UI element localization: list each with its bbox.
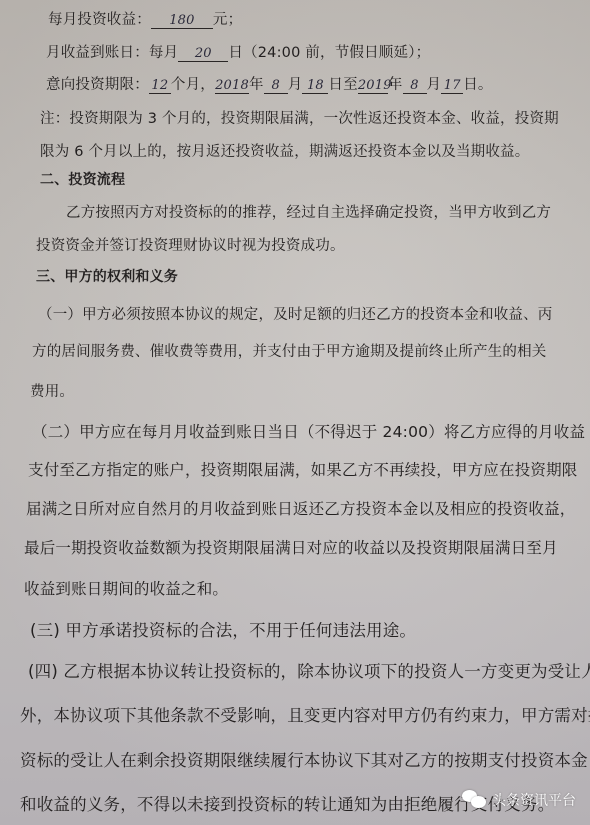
section-2-heading: 二、投资流程 — [40, 169, 125, 189]
clause-3-line-1: (三) 甲方承诺投资标的合法，不用于任何违法用途。 — [30, 617, 416, 641]
clause-2-line-1: （二）甲方应在每月月收益到账日当日（不得迟于 24:00）将乙方应得的月收益 — [32, 420, 585, 442]
clause-1-line-1: （一）甲方必须按照本协议的规定，及时足额的归还乙方的投资本金和收益、丙 — [38, 303, 553, 324]
clause-4-line-2: 外，本协议项下其他条款不受影响，且变更内容对甲方仍有约束力，甲方需对投 — [20, 702, 590, 726]
clause-2-line-5: 收益到账日期间的收益之和。 — [24, 577, 228, 599]
section-2-line-1: 乙方按照丙方对投资标的的推荐，经过自主选择确定投资，当甲方收到乙方 — [66, 201, 551, 222]
month-char: 月 — [427, 77, 442, 93]
watermark: 头条资讯平台 — [462, 790, 576, 810]
start-day-value: 18 — [302, 79, 328, 94]
year-char: 年 — [249, 77, 264, 93]
end-day-char: 日。 — [463, 77, 492, 93]
month-char: 月 — [288, 77, 303, 93]
clause-4-line-1: (四) 乙方根据本协议转让投资标的，除本协议项下的投资人一方变更为受让人 — [28, 658, 590, 682]
investment-term-field: 意向投资期限：12个月，2018年8月18日至2019年8月17日。 — [46, 73, 493, 94]
clause-2-line-3: 届满之日所对应自然月的月收益到账日返还乙方投资本金以及相应的投资收益， — [26, 497, 576, 519]
note-line-1: 注：投资期限为 3 个月的，投资期限届满，一次性返还投资本金、收益，投资期 — [40, 107, 559, 128]
end-month-value: 8 — [403, 79, 427, 94]
monthly-income-value: 180 — [151, 14, 213, 29]
payment-day-suffix: 日（24:00 前，节假日顺延）； — [228, 45, 430, 61]
end-day-value: 17 — [441, 79, 463, 94]
year-char: 年 — [388, 77, 403, 93]
term-months-value: 12 — [149, 79, 171, 94]
watermark-text: 头条资讯平台 — [492, 790, 576, 810]
payment-day-label: 月收益到账日：每月 — [46, 45, 178, 61]
wechat-icon — [462, 790, 488, 810]
monthly-income-label: 每月投资收益： — [48, 12, 151, 28]
note-line-2: 限为 6 个月以上的，按月返还投资收益，期满返还投资本金以及当期收益。 — [40, 140, 529, 161]
start-month-value: 8 — [264, 79, 288, 94]
section-2-line-2: 投资资金并签订投资理财协议时视为投资成功。 — [36, 234, 345, 255]
clause-2-line-2: 支付至乙方指定的账户，投资期限届满，如果乙方不再续投，甲方应在投资期限 — [28, 458, 578, 480]
payment-day-value: 20 — [178, 47, 228, 62]
monthly-income-suffix: 元； — [213, 12, 242, 28]
monthly-income-field: 每月投资收益：180元； — [48, 8, 242, 29]
clause-2-line-4: 最后一期投资收益数额为投资期限届满日对应的收益以及投资期限届满日至月 — [24, 536, 558, 558]
term-label: 意向投资期限： — [46, 77, 149, 93]
document-page: 每月投资收益：180元； 月收益到账日：每月20日（24:00 前，节假日顺延）… — [0, 0, 590, 825]
clause-1-line-3: 费用。 — [30, 380, 74, 401]
start-year-value: 2018 — [215, 79, 249, 94]
end-year-value: 2019 — [358, 79, 388, 94]
day-to-char: 日至 — [328, 77, 357, 93]
clause-1-line-2: 方的居间服务费、催收费等费用，并支付由于甲方逾期及提前终止所产生的相关 — [32, 340, 547, 361]
payment-day-field: 月收益到账日：每月20日（24:00 前，节假日顺延）； — [46, 41, 430, 62]
term-months-suffix: 个月， — [171, 77, 215, 93]
clause-4-line-3: 资标的受让人在剩余投资期限继续履行本协议下其对乙方的按期支付投资本金 — [20, 747, 588, 771]
section-3-heading: 三、甲方的权利和义务 — [36, 266, 178, 286]
